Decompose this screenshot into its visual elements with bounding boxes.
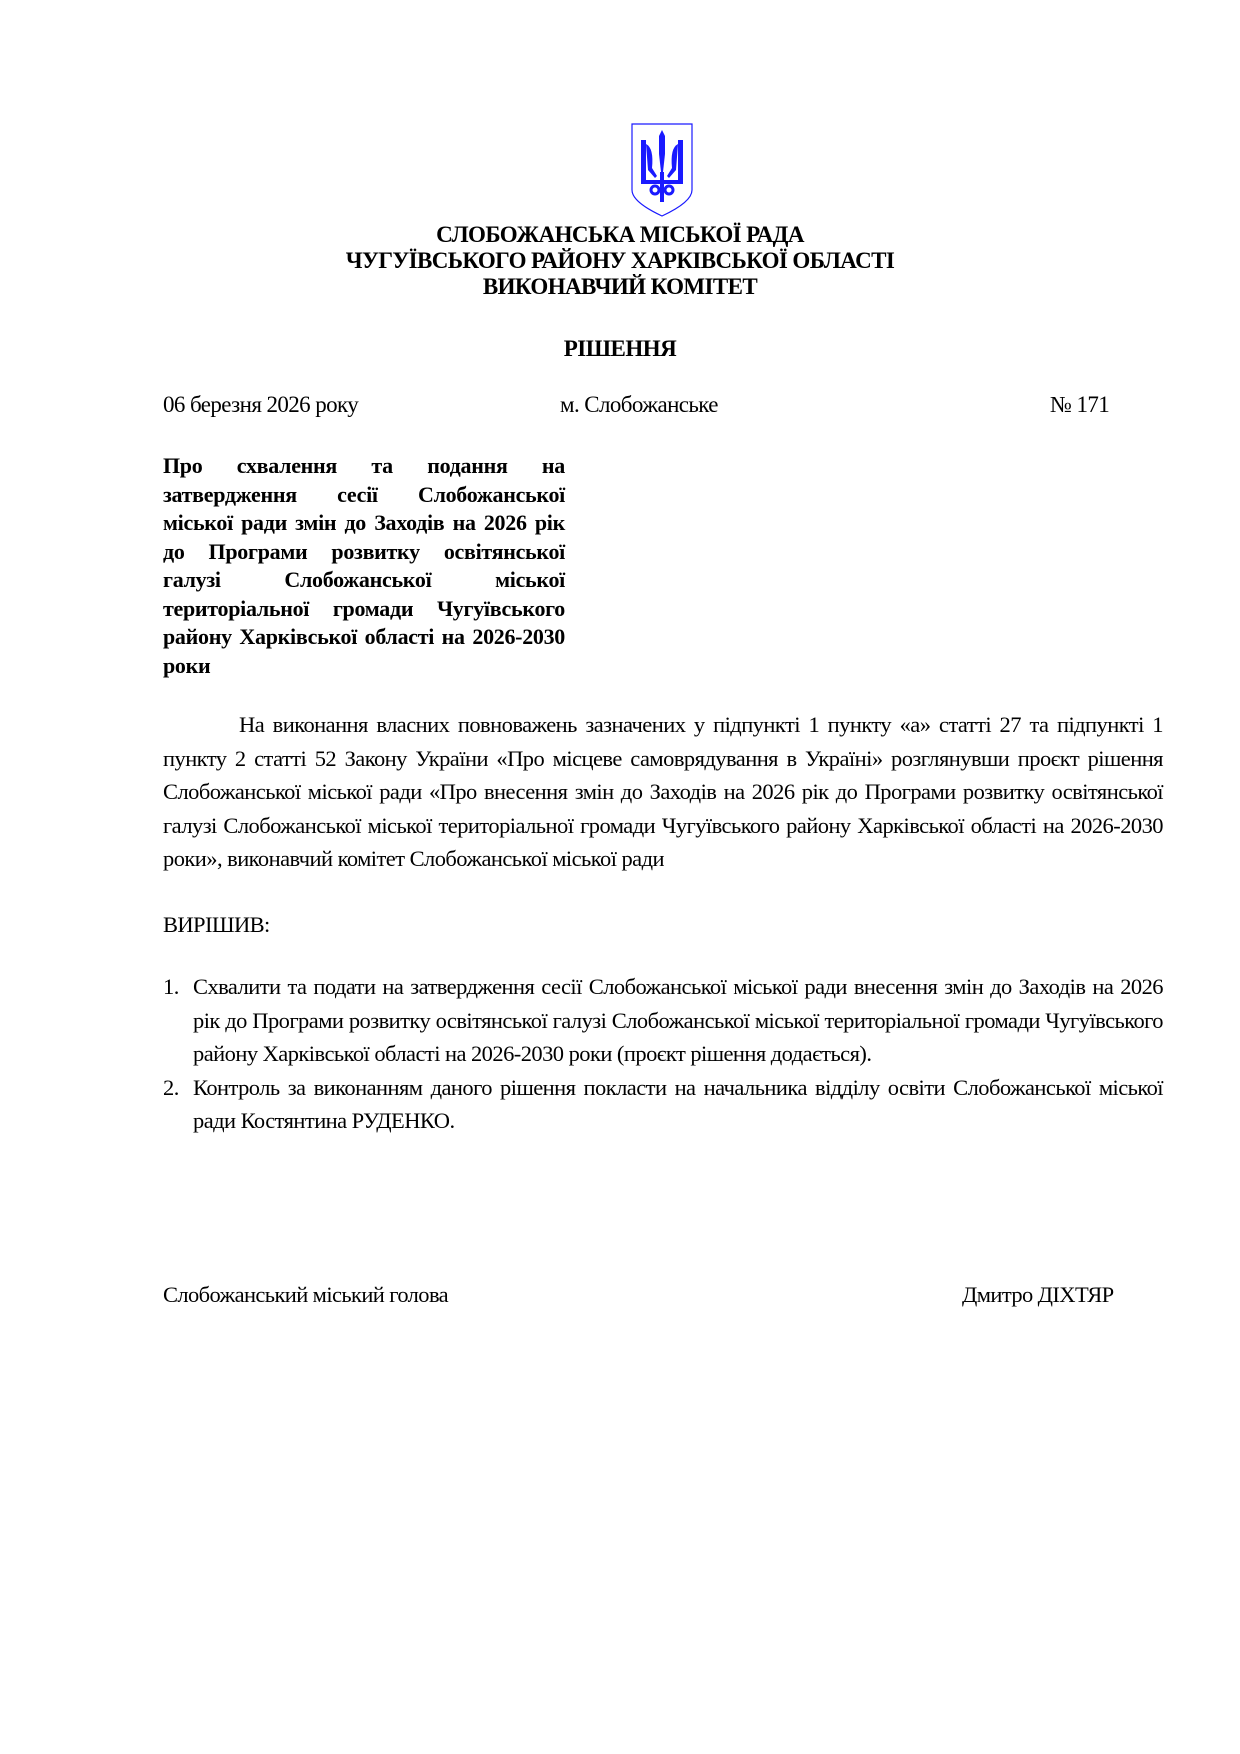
council-name: СЛОБОЖАНСЬКА МІСЬКОЇ РАДА [0,222,1240,248]
document-number: № 171 [1050,392,1109,418]
preamble-paragraph: На виконання власних повноважень зазначе… [163,708,1163,876]
resolved-label: ВИРІШИВ: [163,912,270,938]
document-city: м. Слобожанське [560,392,718,418]
document-title: Про схвалення та подання на затвердження… [163,452,565,680]
resolution-item: 2. Контроль за виконанням даного рішення… [163,1071,1163,1138]
item-number: 2. [163,1071,179,1105]
district-name: ЧУГУЇВСЬКОГО РАЙОНУ ХАРКІВСЬКОЇ ОБЛАСТІ [0,248,1240,274]
item-text: Схвалити та подати на затвердження сесії… [193,974,1163,1066]
document-date: 06 березня 2026 року [163,392,358,418]
committee-name: ВИКОНАВЧИЙ КОМІТЕТ [0,274,1240,300]
resolution-item: 1. Схвалити та подати на затвердження се… [163,970,1163,1071]
item-number: 1. [163,970,179,1004]
item-text: Контроль за виконанням даного рішення по… [193,1075,1163,1134]
signatory-position: Слобожанський міський голова [163,1282,448,1308]
resolution-items: 1. Схвалити та подати на затвердження се… [163,970,1163,1138]
coat-of-arms-trident-icon [628,120,696,220]
signatory-name: Дмитро ДІХТЯР [962,1282,1114,1308]
document-type: РІШЕННЯ [0,336,1240,362]
